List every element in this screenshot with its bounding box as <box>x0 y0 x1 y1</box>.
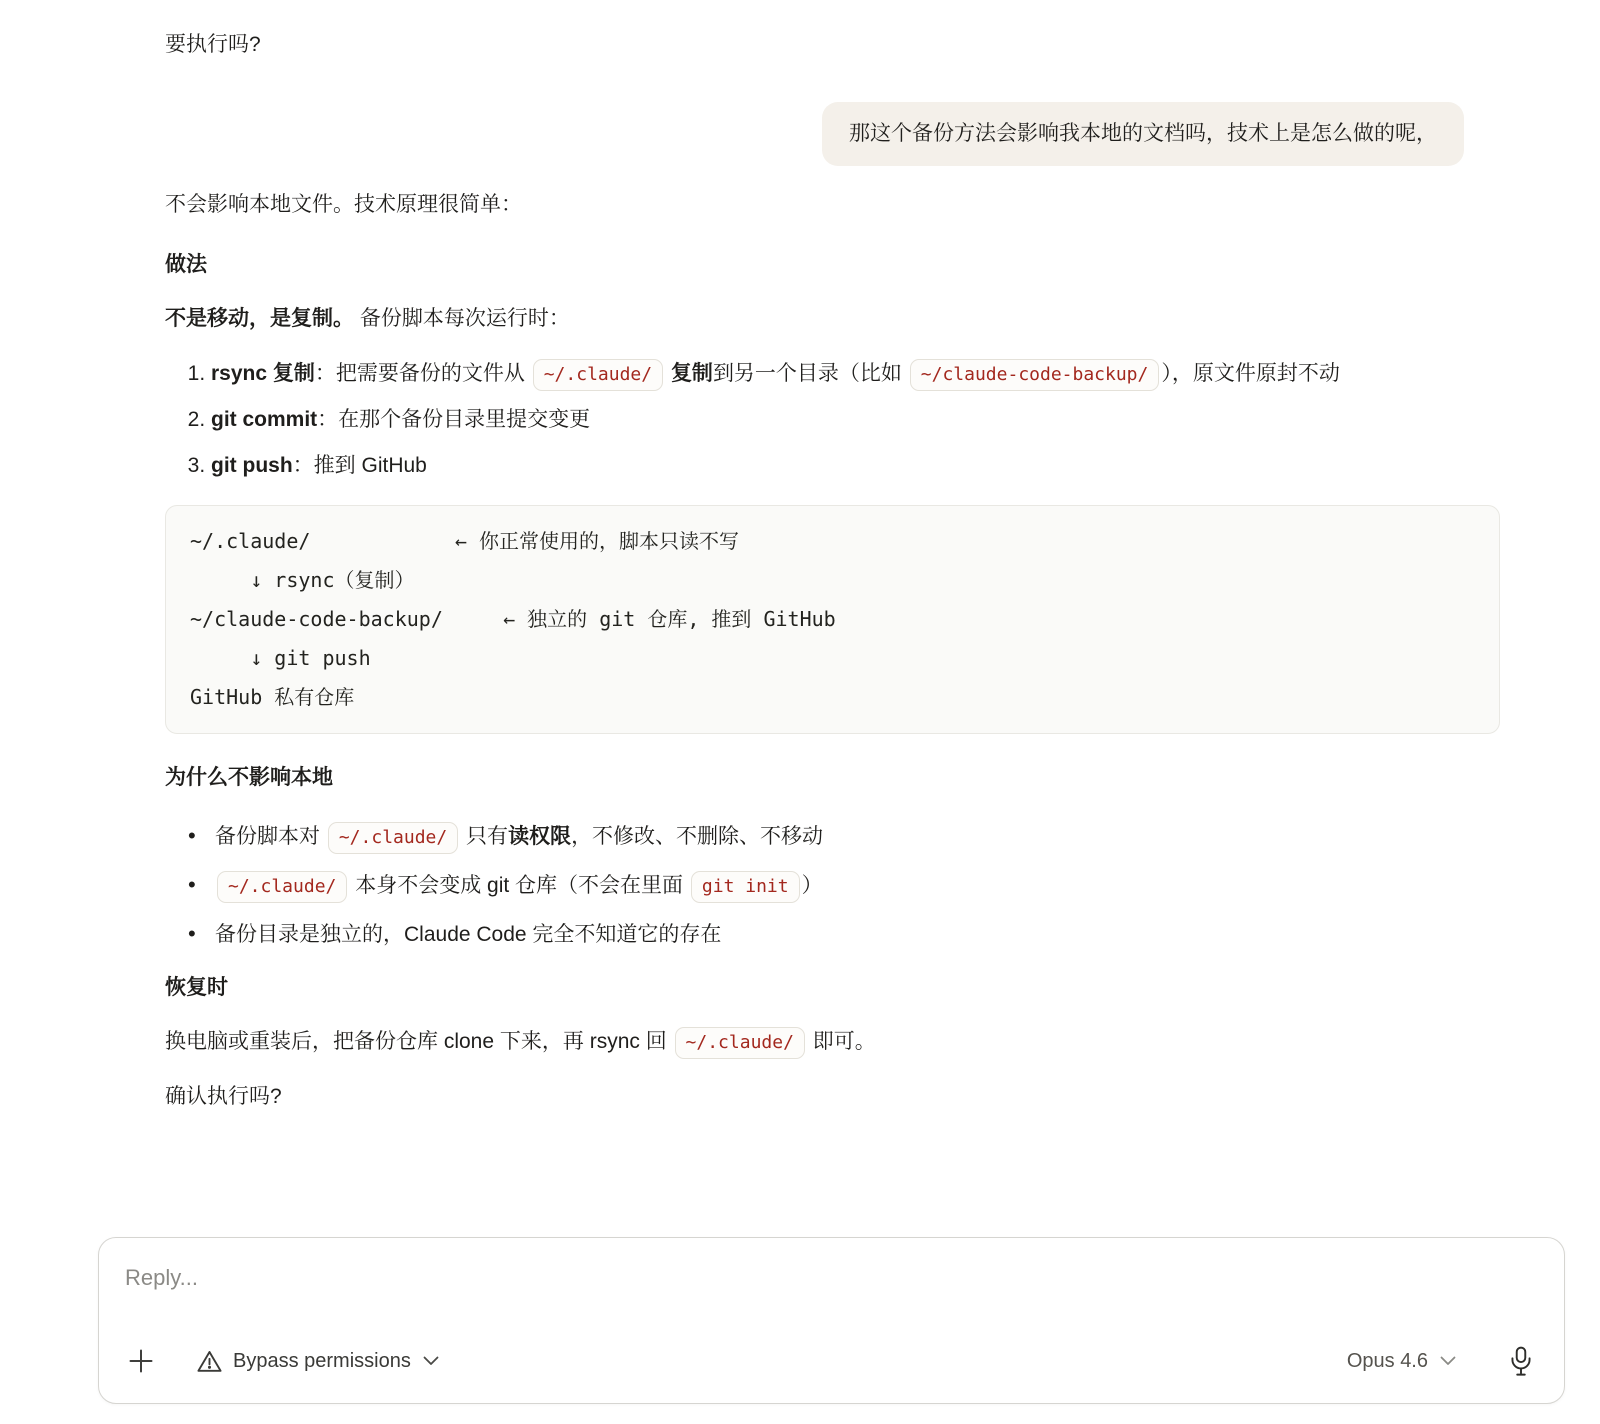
conversation-thread: 要执行吗? 那这个备份方法会影响我本地的文档吗，技术上是怎么做的呢， 不会影响本… <box>165 0 1500 1113</box>
attach-plus-button[interactable] <box>126 1346 156 1376</box>
plus-icon <box>126 1346 156 1376</box>
assistant-closing-question: 确认执行吗? <box>165 1081 1500 1113</box>
chat-app-window: 要执行吗? 那这个备份方法会影响我本地的文档吗，技术上是怎么做的呢， 不会影响本… <box>0 0 1600 1424</box>
section-heading-restore: 恢复时 <box>165 973 1500 1003</box>
inline-code: ~/claude-code-backup/ <box>910 359 1160 391</box>
section-heading-why: 为什么不影响本地 <box>165 763 1500 793</box>
chevron-down-icon <box>1440 1356 1456 1366</box>
composer-toolbar: Bypass permissions Opus 4.6 <box>126 1345 1534 1377</box>
bypass-permissions-label: Bypass permissions <box>233 1350 411 1373</box>
inline-code: ~/.claude/ <box>217 871 347 903</box>
section-heading-method: 做法 <box>165 250 1500 280</box>
reply-composer[interactable]: Reply... Bypass permissions <box>98 1237 1565 1404</box>
code-line: GitHub 私有仓库 <box>190 678 1475 717</box>
step-item-3: git push：推到 GitHub <box>211 449 1500 482</box>
step-item-2: git commit：在那个备份目录里提交变更 <box>211 403 1500 436</box>
method-lead: 不是移动，是复制。 备份脚本每次运行时： <box>165 303 1500 335</box>
microphone-icon <box>1508 1346 1534 1377</box>
step-item-1: rsync 复制：把需要备份的文件从 ~/.claude/ 复制到另一个目录（比… <box>211 357 1500 390</box>
bullet-item-3: 备份目录是独立的，Claude Code 完全不知道它的存在 <box>215 918 1500 951</box>
user-message-row: 那这个备份方法会影响我本地的文档吗，技术上是怎么做的呢， <box>165 102 1464 166</box>
bypass-permissions-dropdown[interactable]: Bypass permissions <box>196 1349 439 1374</box>
warning-triangle-icon <box>196 1349 223 1374</box>
dictation-button[interactable] <box>1508 1346 1534 1377</box>
reply-input[interactable]: Reply... <box>125 1264 198 1292</box>
inline-code: git init <box>691 871 800 903</box>
bullet-item-2: ~/.claude/ 本身不会变成 git 仓库（不会在里面 git init） <box>215 869 1500 902</box>
method-steps-list: rsync 复制：把需要备份的文件从 ~/.claude/ 复制到另一个目录（比… <box>165 357 1500 482</box>
assistant-intro: 不会影响本地文件。技术原理很简单： <box>165 189 1500 221</box>
bullet-item-1: 备份脚本对 ~/.claude/ 只有读权限，不修改、不删除、不移动 <box>215 820 1500 853</box>
model-name-label: Opus 4.6 <box>1347 1350 1428 1373</box>
restore-paragraph: 换电脑或重装后，把备份仓库 clone 下来，再 rsync 回 ~/.clau… <box>165 1026 1500 1058</box>
code-line: ↓ rsync（复制） <box>190 561 1475 600</box>
inline-code: ~/.claude/ <box>533 359 663 391</box>
code-line: ~/claude-code-backup/ ← 独立的 git 仓库, 推到 G… <box>190 600 1475 639</box>
why-bullets-list: 备份脚本对 ~/.claude/ 只有读权限，不修改、不删除、不移动 ~/.cl… <box>165 820 1500 951</box>
user-message-bubble: 那这个备份方法会影响我本地的文档吗，技术上是怎么做的呢， <box>822 102 1464 166</box>
assistant-message-tail: 要执行吗? <box>165 29 1500 61</box>
backup-flow-code-block: ~/.claude/ ← 你正常使用的，脚本只读不写 ↓ rsync（复制）~/… <box>165 505 1500 734</box>
chevron-down-icon <box>423 1356 439 1366</box>
code-line: ~/.claude/ ← 你正常使用的，脚本只读不写 <box>190 522 1475 561</box>
model-selector[interactable]: Opus 4.6 <box>1347 1350 1456 1373</box>
inline-code: ~/.claude/ <box>328 822 458 854</box>
inline-code: ~/.claude/ <box>675 1027 805 1059</box>
code-line: ↓ git push <box>190 639 1475 678</box>
